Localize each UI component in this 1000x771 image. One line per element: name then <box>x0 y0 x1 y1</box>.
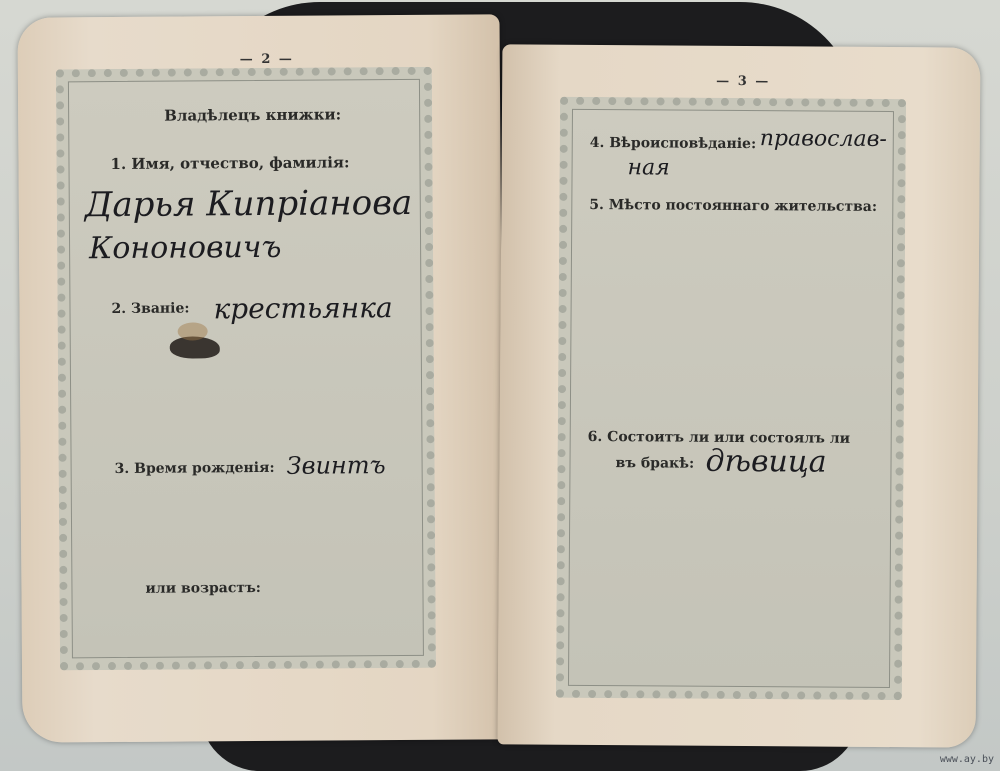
marriage-value: дѣвица <box>705 444 826 480</box>
rank-label: 2. Званіе: <box>111 300 189 317</box>
marriage-label-line2: въ бракѣ: <box>615 455 694 472</box>
page-number-2: — 2 — <box>240 52 294 67</box>
right-ornamental-frame <box>556 97 906 700</box>
religion-label: 4. Вѣроисповѣданіе: <box>590 135 757 152</box>
religion-value-line2: ная <box>628 155 670 180</box>
left-page: — 2 — Владѣлецъ книжки: 1. Имя, отчество… <box>17 14 504 742</box>
name-value-line2: Кононовичъ <box>89 230 282 266</box>
religion-value-line1: православ- <box>760 126 887 152</box>
age-label: или возрастъ: <box>145 580 261 597</box>
owner-heading: Владѣлецъ книжки: <box>164 105 341 124</box>
name-label: 1. Имя, отчество, фамилія: <box>110 153 349 173</box>
right-frame-inner <box>568 109 894 688</box>
birth-value: Звинтъ <box>287 451 386 480</box>
water-stain <box>178 322 208 340</box>
rank-value: крестьянка <box>213 291 392 325</box>
name-value-line1: Дарья Кипріанова <box>85 183 413 225</box>
right-page: — 3 — 4. Вѣроисповѣданіе: православ- ная… <box>498 44 981 747</box>
page-number-3: — 3 — <box>716 74 770 89</box>
watermark: www.ay.by <box>940 754 994 765</box>
birth-label: 3. Время рожденія: <box>115 460 275 477</box>
residence-label: 5. Мѣсто постояннаго жительства: <box>589 197 877 215</box>
